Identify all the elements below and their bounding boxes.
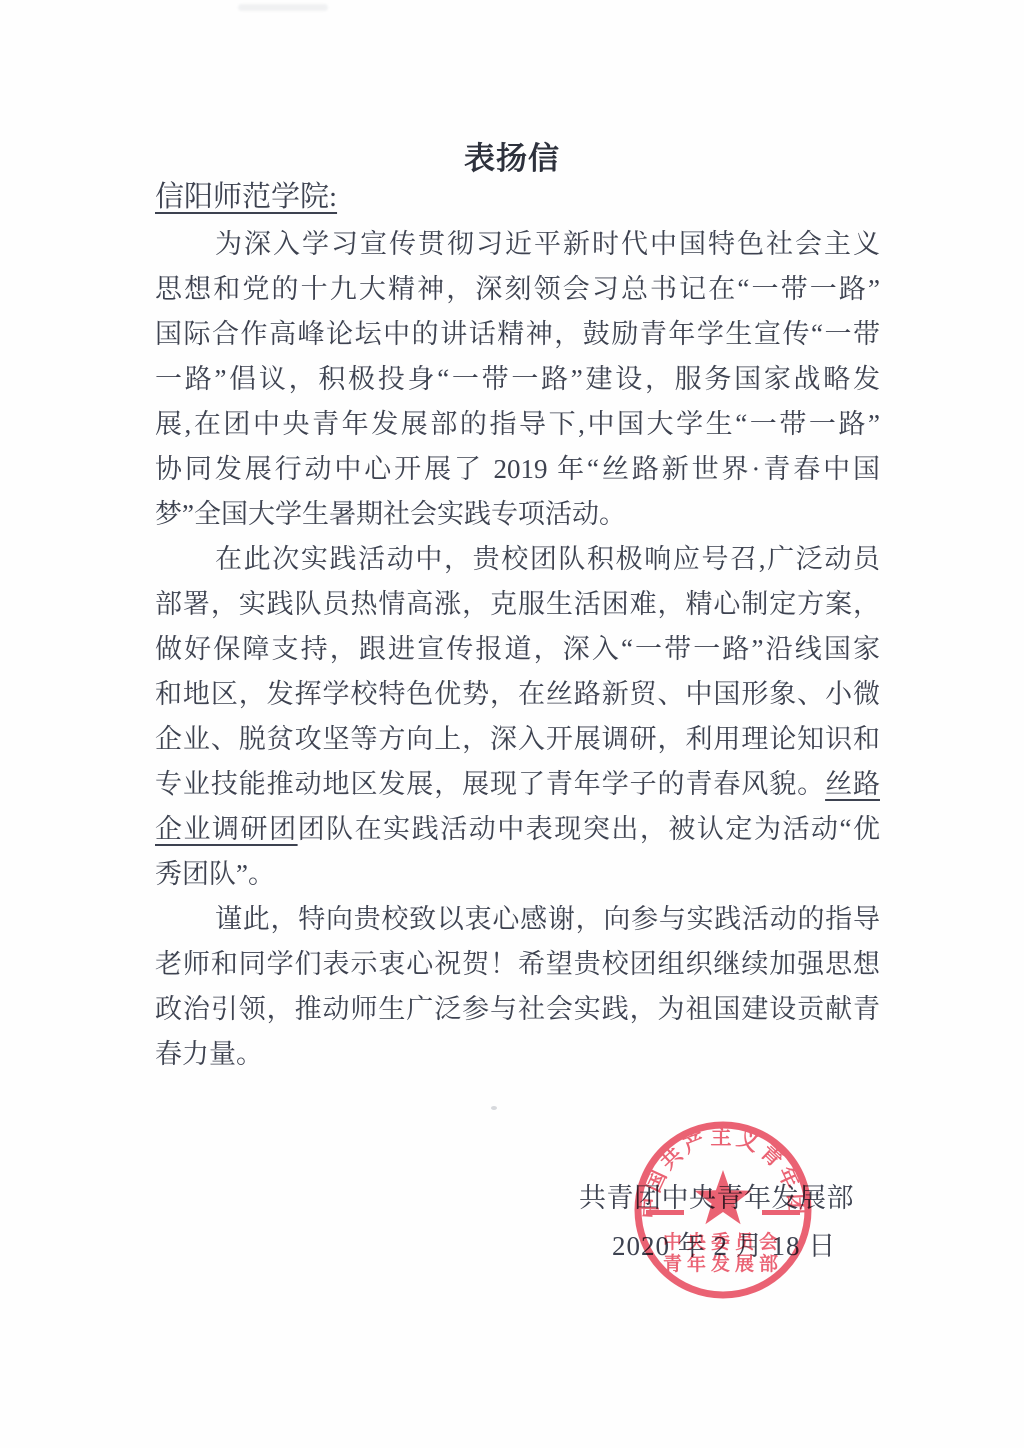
body-text-segment: 国际合作高峰论坛中的讲话精神，鼓励青年学生宣传“一带 bbox=[155, 319, 880, 349]
body-line: 展,在团中央青年发展部的指导下,中国大学生“一带一路” bbox=[155, 402, 880, 447]
body-text-segment: 一路”倡议，积极投身“一带一路”建设，服务国家战略发 bbox=[155, 364, 880, 394]
body-line: 企业调研团团队在实践活动中表现突出，被认定为活动“优 bbox=[155, 807, 880, 852]
body-text-segment: 团队在实践活动中表现突出，被认定为活动“优 bbox=[298, 814, 880, 844]
body-text-segment: 秀团队”。 bbox=[155, 859, 275, 889]
body-line: 梦”全国大学生暑期社会实践专项活动。 bbox=[155, 492, 880, 537]
body-line: 在此次实践活动中，贵校团队积极响应号召,广泛动员 bbox=[155, 537, 880, 582]
body-text-segment: 协同发展行动中心开展了 2019 年“丝路新世界·青春中国 bbox=[155, 454, 880, 484]
body-line: 和地区，发挥学校特色优势，在丝路新贸、中国形象、小微 bbox=[155, 672, 880, 717]
body-line: 国际合作高峰论坛中的讲话精神，鼓励青年学生宣传“一带 bbox=[155, 312, 880, 357]
body-text-segment: 展,在团中央青年发展部的指导下,中国大学生“一带一路” bbox=[155, 409, 880, 439]
body-text-segment: 部署，实践队员热情高涨，克服生活困难，精心制定方案， bbox=[155, 589, 880, 619]
underlined-text: 企业调研团 bbox=[155, 814, 298, 844]
body-text-segment: 专业技能推动地区发展，展现了青年学子的青春风貌。 bbox=[155, 769, 825, 799]
body-line: 专业技能推动地区发展，展现了青年学子的青春风貌。丝路 bbox=[155, 762, 880, 807]
body-line: 秀团队”。 bbox=[155, 852, 880, 897]
body-text-segment: 谨此，特向贵校致以衷心感谢，向参与实践活动的指导 bbox=[215, 904, 880, 934]
body-line: 为深入学习宣传贯彻习近平新时代中国特色社会主义 bbox=[155, 222, 880, 267]
seal-star-icon bbox=[695, 1170, 752, 1224]
seal-right-bar bbox=[762, 1210, 800, 1215]
letter-page: 表扬信 信阳师范学院: 为深入学习宣传贯彻习近平新时代中国特色社会主义思想和党的… bbox=[0, 0, 1024, 1448]
body-text-segment: 和地区，发挥学校特色优势，在丝路新贸、中国形象、小微 bbox=[155, 679, 880, 709]
letter-title: 表扬信 bbox=[0, 133, 1024, 178]
body-line: 一路”倡议，积极投身“一带一路”建设，服务国家战略发 bbox=[155, 357, 880, 402]
body-text-segment: 做好保障支持，跟进宣传报道，深入“一带一路”沿线国家 bbox=[155, 634, 880, 664]
body-text-segment: 企业、脱贫攻坚等方向上，深入开展调研，利用理论知识和 bbox=[155, 724, 880, 754]
official-seal: 中国共产主义青年团 中央委员会 青年发展部 bbox=[623, 1110, 823, 1310]
body-text-segment: 思想和党的十九大精神，深刻领会习总书记在“一带一路” bbox=[155, 274, 880, 304]
salutation: 信阳师范学院: bbox=[155, 178, 337, 216]
letter-body: 为深入学习宣传贯彻习近平新时代中国特色社会主义思想和党的十九大精神，深刻领会习总… bbox=[155, 222, 880, 1077]
body-line: 思想和党的十九大精神，深刻领会习总书记在“一带一路” bbox=[155, 267, 880, 312]
body-text-segment: 为深入学习宣传贯彻习近平新时代中国特色社会主义 bbox=[215, 229, 880, 259]
underlined-text: 丝路 bbox=[825, 769, 880, 799]
body-line: 老师和同学们表示衷心祝贺！希望贵校团组织继续加强思想 bbox=[155, 942, 880, 987]
body-line: 做好保障支持，跟进宣传报道，深入“一带一路”沿线国家 bbox=[155, 627, 880, 672]
body-text-segment: 老师和同学们表示衷心祝贺！希望贵校团组织继续加强思想 bbox=[155, 949, 880, 979]
body-line: 企业、脱贫攻坚等方向上，深入开展调研，利用理论知识和 bbox=[155, 717, 880, 762]
scan-speck bbox=[491, 1106, 497, 1110]
body-line: 协同发展行动中心开展了 2019 年“丝路新世界·青春中国 bbox=[155, 447, 880, 492]
body-text-segment: 梦”全国大学生暑期社会实践专项活动。 bbox=[155, 499, 626, 529]
seal-line2: 青年发展部 bbox=[663, 1252, 783, 1275]
body-line: 春力量。 bbox=[155, 1032, 880, 1077]
body-text-segment: 春力量。 bbox=[155, 1039, 263, 1069]
body-text-segment: 在此次实践活动中，贵校团队积极响应号召,广泛动员 bbox=[215, 544, 880, 574]
seal-left-bar bbox=[646, 1210, 684, 1215]
body-line: 部署，实践队员热情高涨，克服生活困难，精心制定方案， bbox=[155, 582, 880, 627]
seal-line1: 中央委员会 bbox=[663, 1230, 783, 1253]
body-text-segment: 政治引领，推动师生广泛参与社会实践，为祖国建设贡献青 bbox=[155, 994, 880, 1024]
body-line: 谨此，特向贵校致以衷心感谢，向参与实践活动的指导 bbox=[155, 897, 880, 942]
scan-smudge bbox=[238, 4, 328, 11]
body-line: 政治引领，推动师生广泛参与社会实践，为祖国建设贡献青 bbox=[155, 987, 880, 1032]
